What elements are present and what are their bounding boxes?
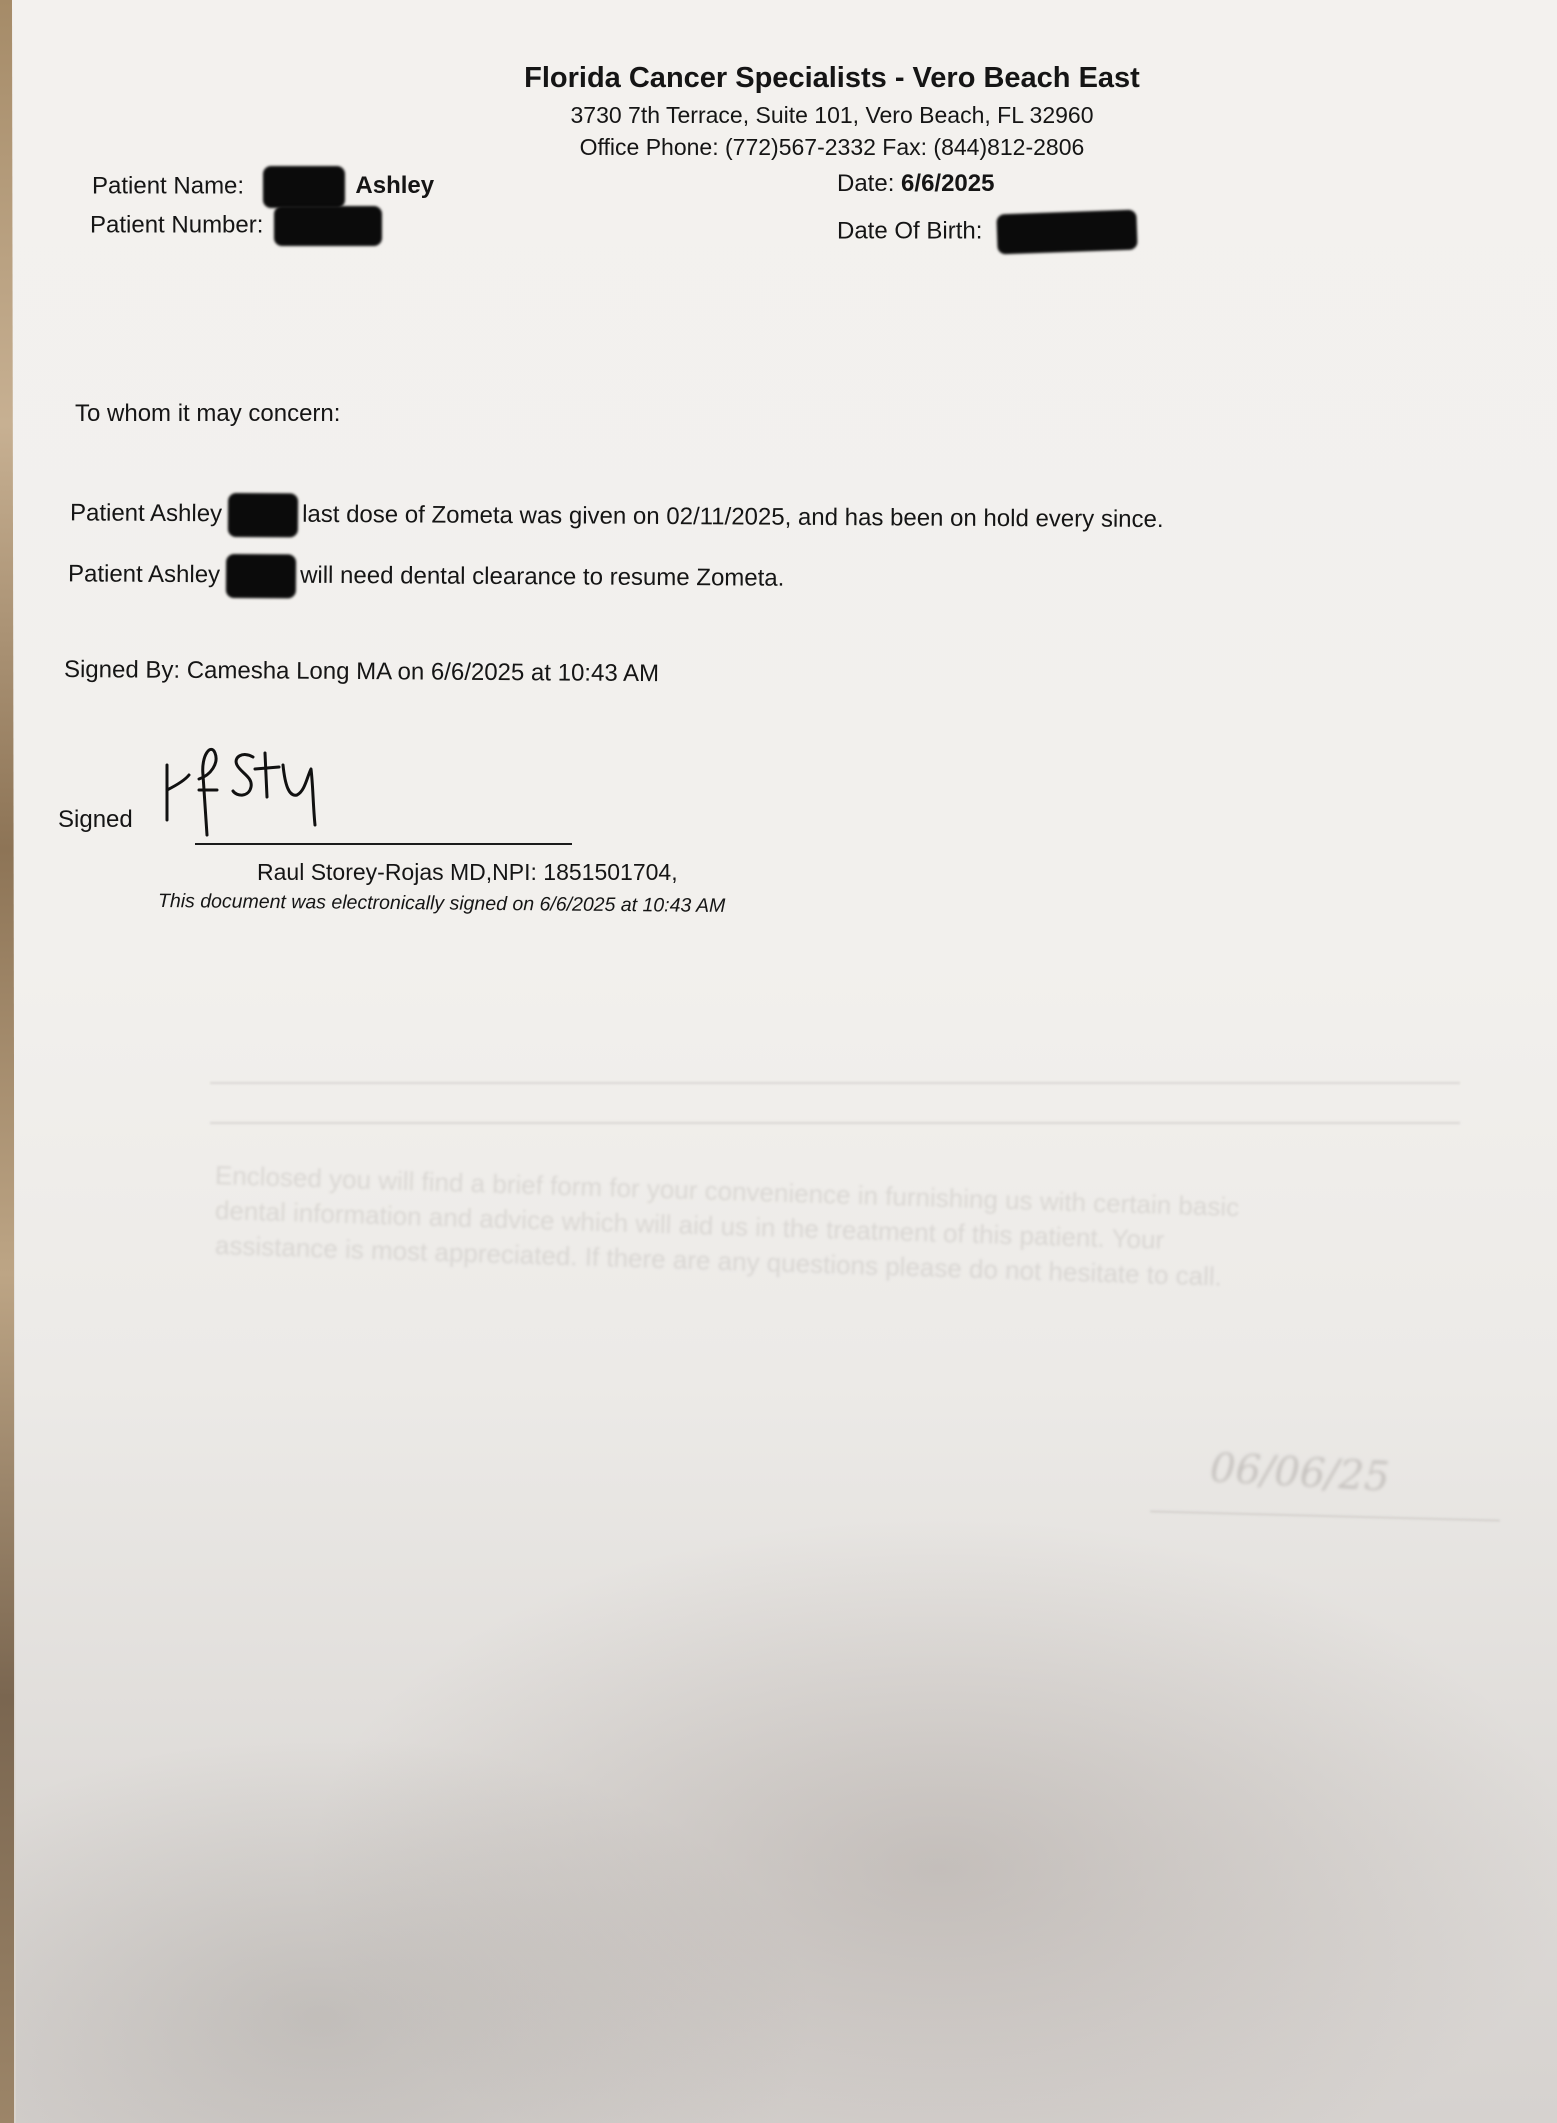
redacted-last-name [226,554,296,598]
clinic-contact: Office Phone: (772)567-2332 Fax: (844)81… [0,134,1557,161]
date-row: Date: 6/6/2025 [837,170,994,198]
bleed-handwritten-date: 06/06/25 [1209,1445,1391,1500]
paragraph-1: Patient Ashleylast dose of Zometa was gi… [70,492,1164,543]
signature-line [195,843,572,845]
patient-name-label: Patient Name: [92,172,244,199]
e-sign-note: This document was electronically signed … [158,890,725,918]
patient-first-name: Ashley [355,172,434,199]
patient-number-label: Patient Number: [90,211,263,238]
handwritten-signature-icon [155,735,375,845]
date-label: Date: [837,170,894,197]
physician-name: Raul Storey-Rojas MD,NPI: 1851501704, [257,859,678,886]
salutation: To whom it may concern: [75,400,340,428]
paragraph-1-prefix: Patient Ashley [70,499,222,527]
signed-by-line: Signed By: Camesha Long MA on 6/6/2025 a… [64,656,659,688]
dob-row: Date Of Birth: [837,212,1137,252]
dob-label: Date Of Birth: [837,217,982,244]
countertop-edge [0,0,14,2123]
redacted-last-name [228,493,298,537]
clinic-name: Florida Cancer Specialists - Vero Beach … [0,62,1557,95]
bleed-rule [210,1082,1460,1084]
patient-name-row: Patient Name: Ashley [92,166,434,208]
paper-sheet [12,0,1557,2123]
patient-number-row: Patient Number: [90,206,382,246]
redacted-last-name [263,166,345,208]
paragraph-2-prefix: Patient Ashley [68,560,220,588]
redacted-patient-number [274,206,382,246]
signed-label: Signed [58,806,133,834]
clinic-address: 3730 7th Terrace, Suite 101, Vero Beach,… [0,102,1557,129]
date-value: 6/6/2025 [901,170,994,197]
paragraph-2-text: will need dental clearance to resume Zom… [300,562,784,592]
paragraph-2: Patient Ashleywill need dental clearance… [68,553,785,601]
redacted-dob [996,210,1137,255]
bleed-rule [210,1122,1460,1124]
paragraph-1-text: last dose of Zometa was given on 02/11/2… [302,501,1164,533]
